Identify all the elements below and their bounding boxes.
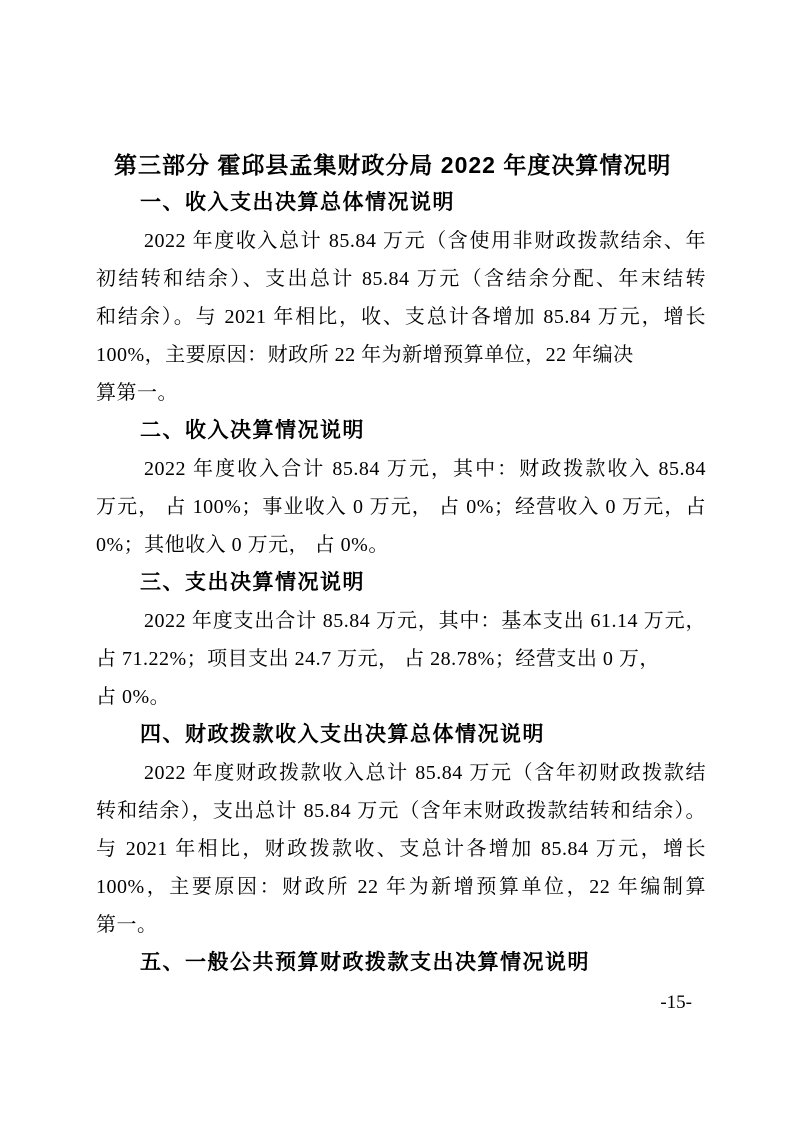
paragraph-line: 2022 年度收入合计 85.84 万元，其中：财政拨款收入 85.84 <box>96 450 706 488</box>
section-5-heading: 五、一般公共预算财政拨款支出决算情况说明 <box>96 944 706 982</box>
paragraph-line: 转和结余），支出总计 85.84 万元（含年末财政拨款结转和结余）。 <box>96 792 706 830</box>
section-4-heading: 四、财政拨款收入支出决算总体情况说明 <box>96 716 706 754</box>
document-title: 第三部分 霍邱县孟集财政分局 2022 年度决算情况明 <box>96 146 706 184</box>
paragraph-line: 第一。 <box>96 906 706 944</box>
paragraph-line: 算第一。 <box>96 374 706 412</box>
section-1-heading: 一、收入支出决算总体情况说明 <box>96 184 706 222</box>
paragraph-line: 0%；其他收入 0 万元， 占 0%。 <box>96 526 706 564</box>
paragraph-line: 与 2021 年相比，财政拨款收、支总计各增加 85.84 万元，增长 <box>96 830 706 868</box>
section-3-heading: 三、支出决算情况说明 <box>96 564 706 602</box>
paragraph-line: 万元， 占 100%；事业收入 0 万元， 占 0%；经营收入 0 万元，占 <box>96 488 706 526</box>
paragraph-line: 2022 年度财政拨款收入总计 85.84 万元（含年初财政拨款结 <box>96 754 706 792</box>
document-page: 第三部分 霍邱县孟集财政分局 2022 年度决算情况明 一、收入支出决算总体情况… <box>0 0 793 1122</box>
paragraph-line: 2022 年度收入总计 85.84 万元（含使用非财政拨款结余、年 <box>96 222 706 260</box>
section-2-heading: 二、收入决算情况说明 <box>96 412 706 450</box>
paragraph-line: 占 0%。 <box>96 678 706 716</box>
paragraph-line: 和结余）。与 2021 年相比，收、支总计各增加 85.84 万元，增长 <box>96 298 706 336</box>
page-number: -15- <box>660 984 692 1022</box>
paragraph-line: 2022 年度支出合计 85.84 万元，其中：基本支出 61.14 万元， <box>96 602 706 640</box>
paragraph-line: 初结转和结余）、支出总计 85.84 万元（含结余分配、年末结转 <box>96 260 706 298</box>
paragraph-line: 占 71.22%；项目支出 24.7 万元， 占 28.78%；经营支出 0 万… <box>96 640 706 678</box>
document-content: 第三部分 霍邱县孟集财政分局 2022 年度决算情况明 一、收入支出决算总体情况… <box>96 146 706 982</box>
paragraph-line: 100%，主要原因：财政所 22 年为新增预算单位，22 年编制算 <box>96 868 706 906</box>
paragraph-line: 100%，主要原因：财政所 22 年为新增预算单位，22 年编决 <box>96 336 706 374</box>
